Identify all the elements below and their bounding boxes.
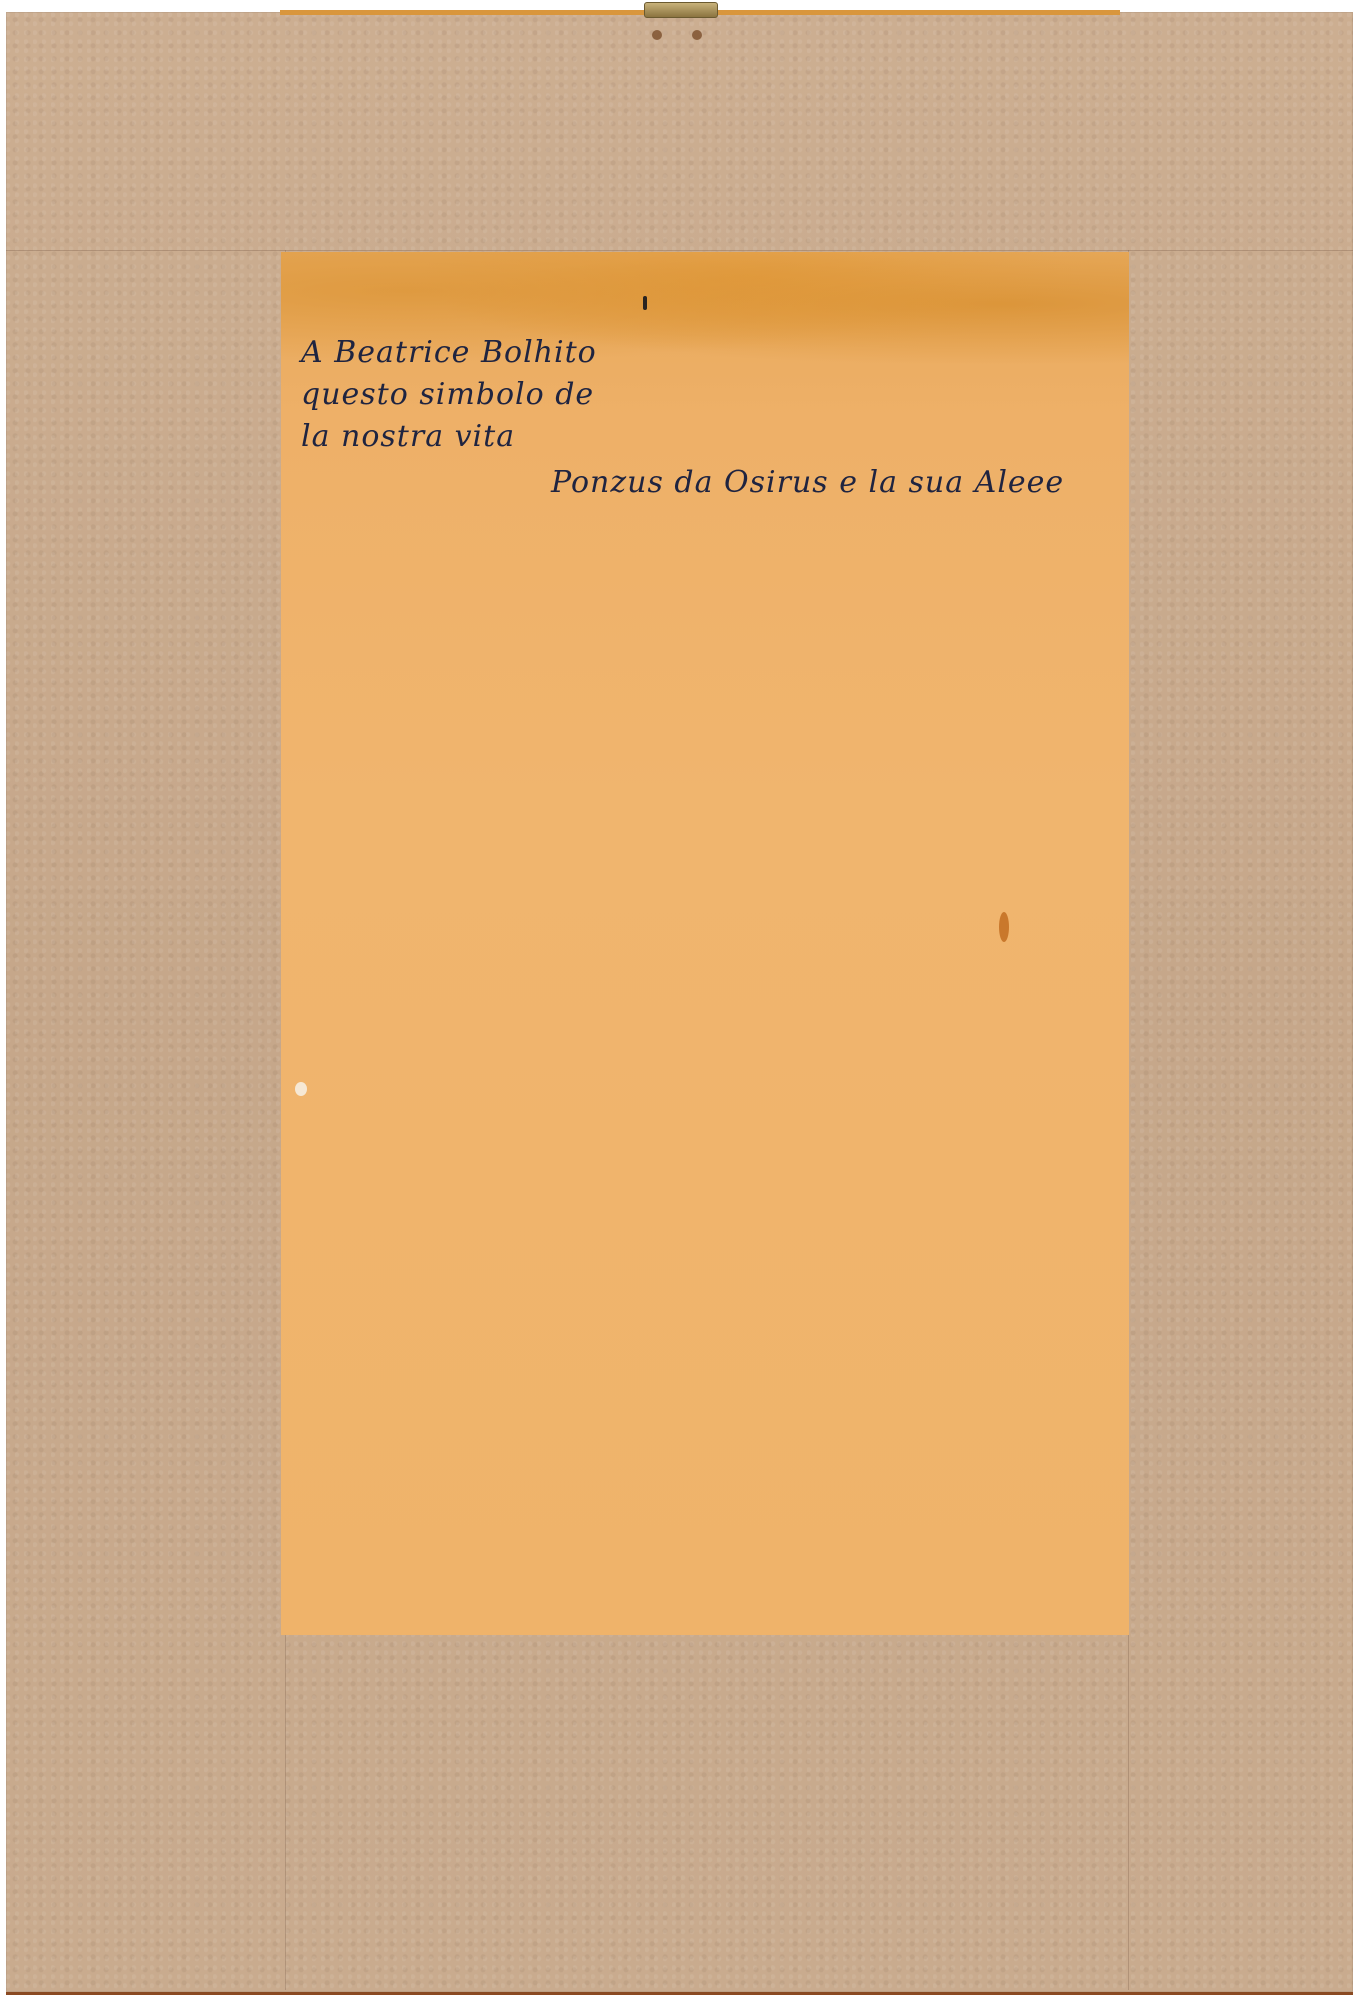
handwritten-inscription: A Beatrice Bolhito questo simbolo de la … [301,332,1064,504]
inscription-line: questo simbolo de [301,377,594,412]
stain-spot [999,912,1009,942]
tape-seam [6,250,1353,251]
inscription-line: la nostra vita [301,419,515,454]
inscription-line: A Beatrice Bolhito [301,335,597,370]
stain-spot [295,1082,307,1096]
paper-label: A Beatrice Bolhito questo simbolo de la … [281,252,1129,1635]
hanger-bracket-icon [644,2,718,18]
nail-hole [692,30,702,40]
inscription-signature: Ponzus da Osirus e la sua Aleee [551,462,1064,504]
nail-hole [652,30,662,40]
ink-mark [643,296,647,310]
